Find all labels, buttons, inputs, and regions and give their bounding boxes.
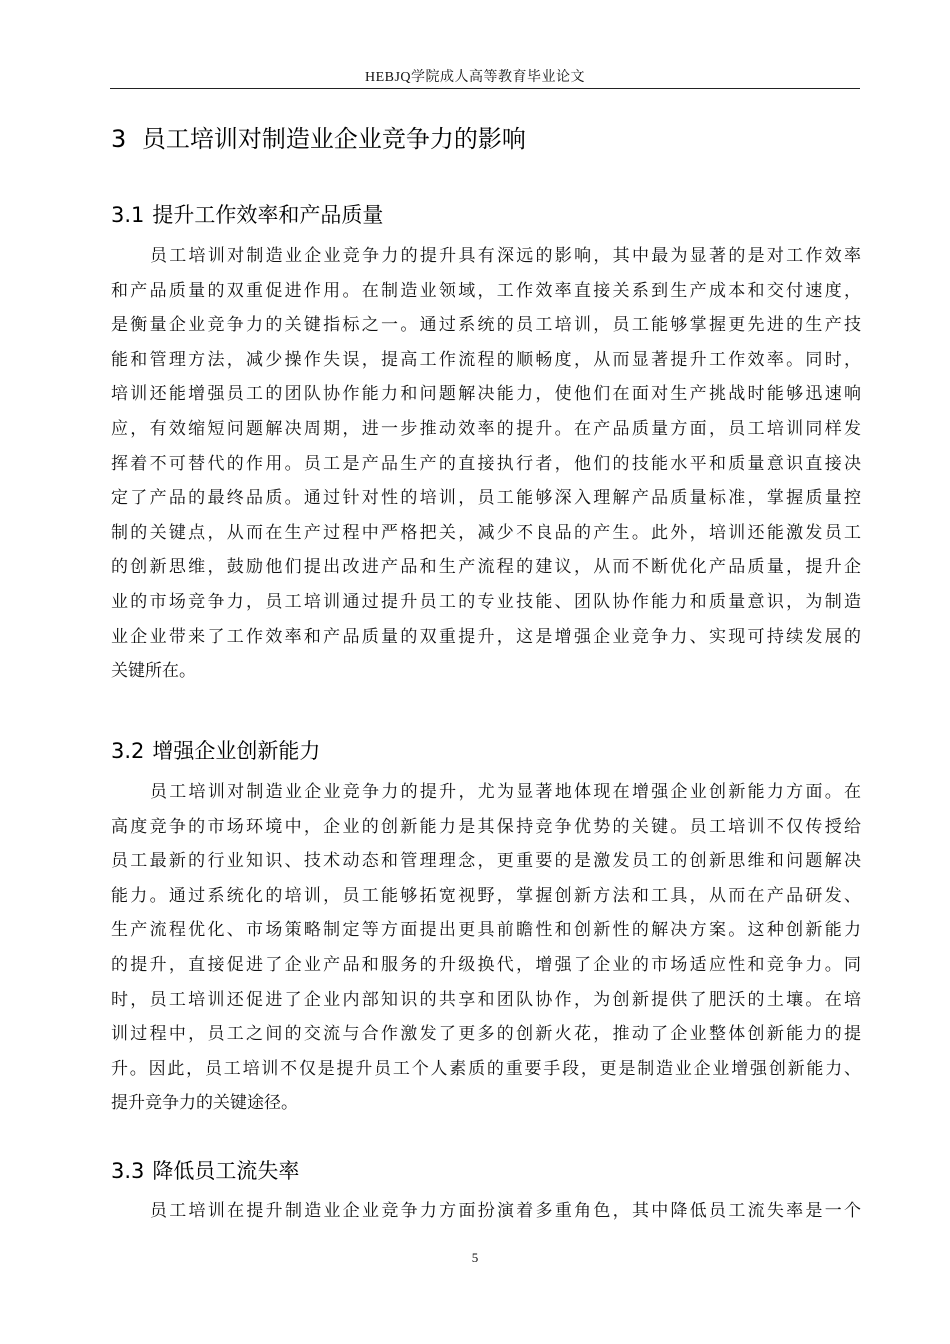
text-line: 定了产品的最终品质。通过针对性的培训，员工能够深入理解产品质量标准，掌握质量控 <box>111 481 861 516</box>
text-line: 员工培训在提升制造业企业竞争力方面扮演着多重角色，其中降低员工流失率是一个 <box>111 1194 861 1229</box>
text-line: 应，有效缩短问题解决周期，进一步推动效率的提升。在产品质量方面，员工培训同样发 <box>111 412 861 447</box>
text-line: 挥着不可替代的作用。员工是产品生产的直接执行者，他们的技能水平和质量意识直接决 <box>111 447 861 482</box>
section-3-3-body: 员工培训在提升制造业企业竞争力方面扮演着多重角色，其中降低员工流失率是一个 <box>111 1194 861 1229</box>
text-line: 员工培训对制造业企业竞争力的提升具有深远的影响，其中最为显著的是对工作效率 <box>111 239 861 274</box>
document-page: HEBJQ学院成人高等教育毕业论文 3 员工培训对制造业企业竞争力的影响 3.1… <box>0 0 950 1344</box>
text-line: 提升竞争力的关键途径。 <box>111 1086 861 1121</box>
chapter-title: 员工培训对制造业企业竞争力的影响 <box>142 125 526 153</box>
text-line: 业企业带来了工作效率和产品质量的双重提升，这是增强企业竞争力、实现可持续发展的 <box>111 620 861 655</box>
section-number: 3.1 <box>111 203 144 227</box>
text-line: 能和管理方法，减少操作失误，提高工作流程的顺畅度，从而显著提升工作效率。同时， <box>111 343 861 378</box>
text-line: 的创新思维，鼓励他们提出改进产品和生产流程的建议，从而不断优化产品质量，提升企 <box>111 550 861 585</box>
text-line: 员工最新的行业知识、技术动态和管理理念，更重要的是激发员工的创新思维和问题解决 <box>111 844 861 879</box>
section-title: 增强企业创新能力 <box>152 739 320 763</box>
text-line: 高度竞争的市场环境中，企业的创新能力是其保持竞争优势的关键。员工培训不仅传授给 <box>111 810 861 845</box>
page-number: 5 <box>0 1250 950 1266</box>
text-line: 的提升，直接促进了企业产品和服务的升级换代，增强了企业的市场适应性和竞争力。同 <box>111 948 861 983</box>
text-line: 培训还能增强员工的团队协作能力和问题解决能力，使他们在面对生产挑战时能够迅速响 <box>111 377 861 412</box>
running-header: HEBJQ学院成人高等教育毕业论文 <box>0 66 950 86</box>
text-line: 生产流程优化、市场策略制定等方面提出更具前瞻性和创新性的解决方案。这种创新能力 <box>111 913 861 948</box>
text-line: 业的市场竞争力，员工培训通过提升员工的专业技能、团队协作能力和质量意识，为制造 <box>111 585 861 620</box>
chapter-heading: 3 员工培训对制造业企业竞争力的影响 <box>111 119 526 154</box>
section-heading-3-2: 3.2增强企业创新能力 <box>111 735 320 765</box>
text-line: 员工培训对制造业企业竞争力的提升，尤为显著地体现在增强企业创新能力方面。在 <box>111 775 861 810</box>
header-divider <box>110 88 860 89</box>
section-title: 降低员工流失率 <box>152 1159 299 1183</box>
text-line: 制的关键点，从而在生产过程中严格把关，减少不良品的产生。此外，培训还能激发员工 <box>111 516 861 551</box>
section-title: 提升工作效率和产品质量 <box>152 203 383 227</box>
text-line: 和产品质量的双重促进作用。在制造业领域，工作效率直接关系到生产成本和交付速度， <box>111 274 861 309</box>
section-heading-3-3: 3.3降低员工流失率 <box>111 1155 299 1185</box>
text-line: 关键所在。 <box>111 654 861 689</box>
text-line: 升。因此，员工培训不仅是提升员工个人素质的重要手段，更是制造业企业增强创新能力、 <box>111 1052 861 1087</box>
text-line: 训过程中，员工之间的交流与合作激发了更多的创新火花，推动了企业整体创新能力的提 <box>111 1017 861 1052</box>
section-3-1-body: 员工培训对制造业企业竞争力的提升具有深远的影响，其中最为显著的是对工作效率 和产… <box>111 239 861 689</box>
chapter-number: 3 <box>111 125 126 153</box>
text-line: 能力。通过系统化的培训，员工能够拓宽视野，掌握创新方法和工具，从而在产品研发、 <box>111 879 861 914</box>
text-line: 是衡量企业竞争力的关键指标之一。通过系统的员工培训，员工能够掌握更先进的生产技 <box>111 308 861 343</box>
section-heading-3-1: 3.1提升工作效率和产品质量 <box>111 199 383 229</box>
section-number: 3.3 <box>111 1159 144 1183</box>
text-line: 时，员工培训还促进了企业内部知识的共享和团队协作，为创新提供了肥沃的土壤。在培 <box>111 983 861 1018</box>
section-number: 3.2 <box>111 739 144 763</box>
section-3-2-body: 员工培训对制造业企业竞争力的提升，尤为显著地体现在增强企业创新能力方面。在 高度… <box>111 775 861 1121</box>
